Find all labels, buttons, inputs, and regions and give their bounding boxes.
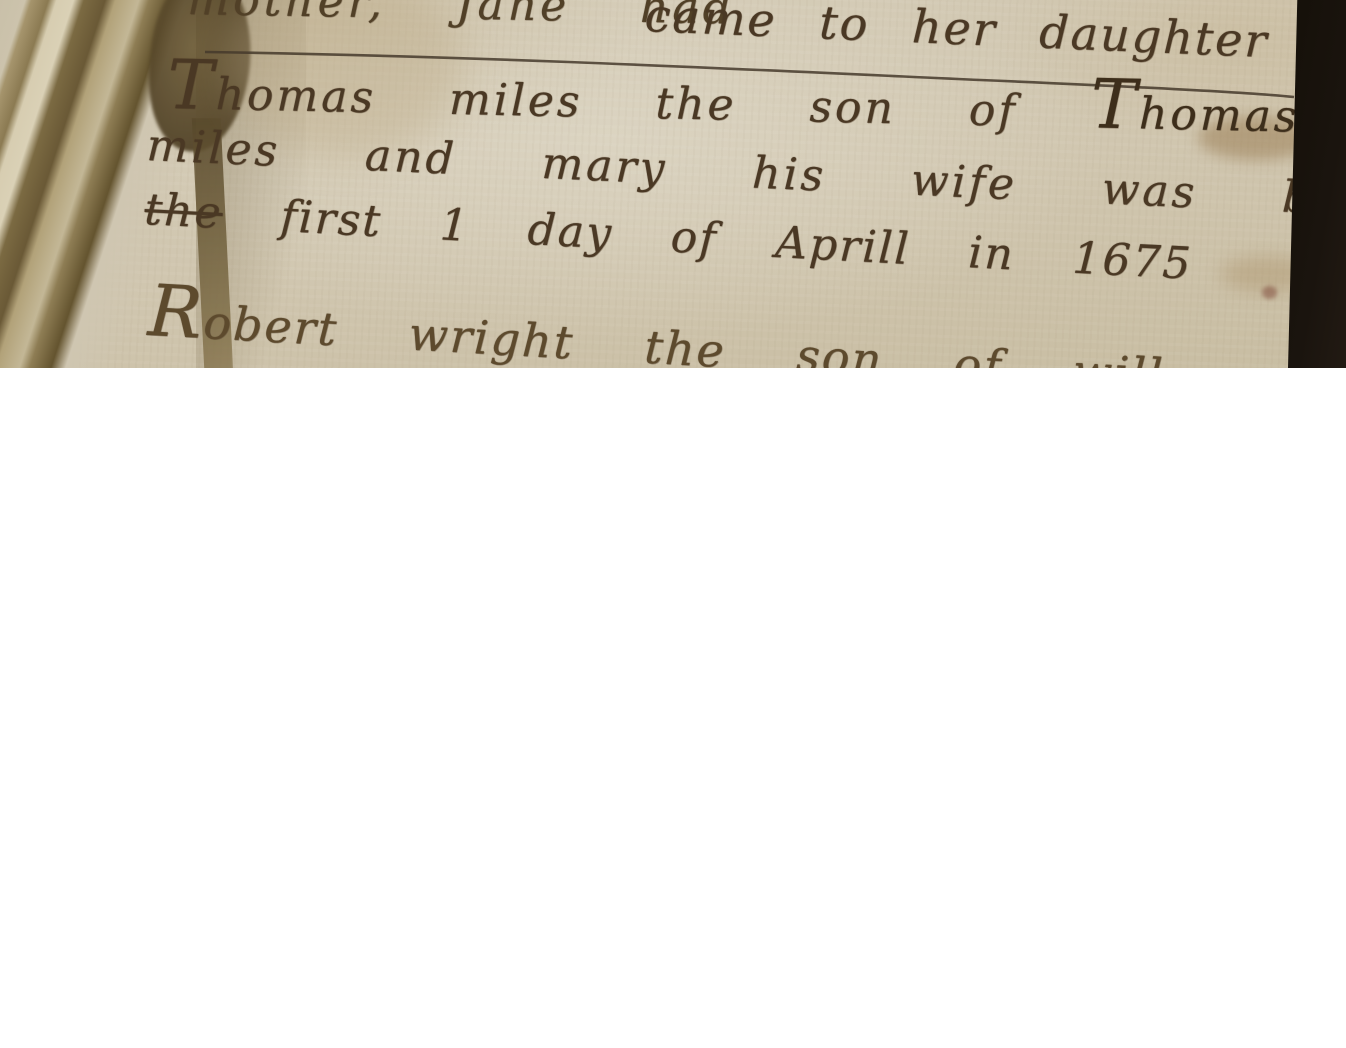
paper-spot xyxy=(1262,286,1277,299)
manuscript-photo: mother, Jane had came to her daughter 16… xyxy=(0,0,1346,368)
screenshot-root: mother, Jane had came to her daughter 16… xyxy=(0,0,1346,1048)
blank-area xyxy=(0,368,1346,1048)
black-backdrop xyxy=(1288,0,1346,368)
struck-word: the xyxy=(143,184,224,239)
